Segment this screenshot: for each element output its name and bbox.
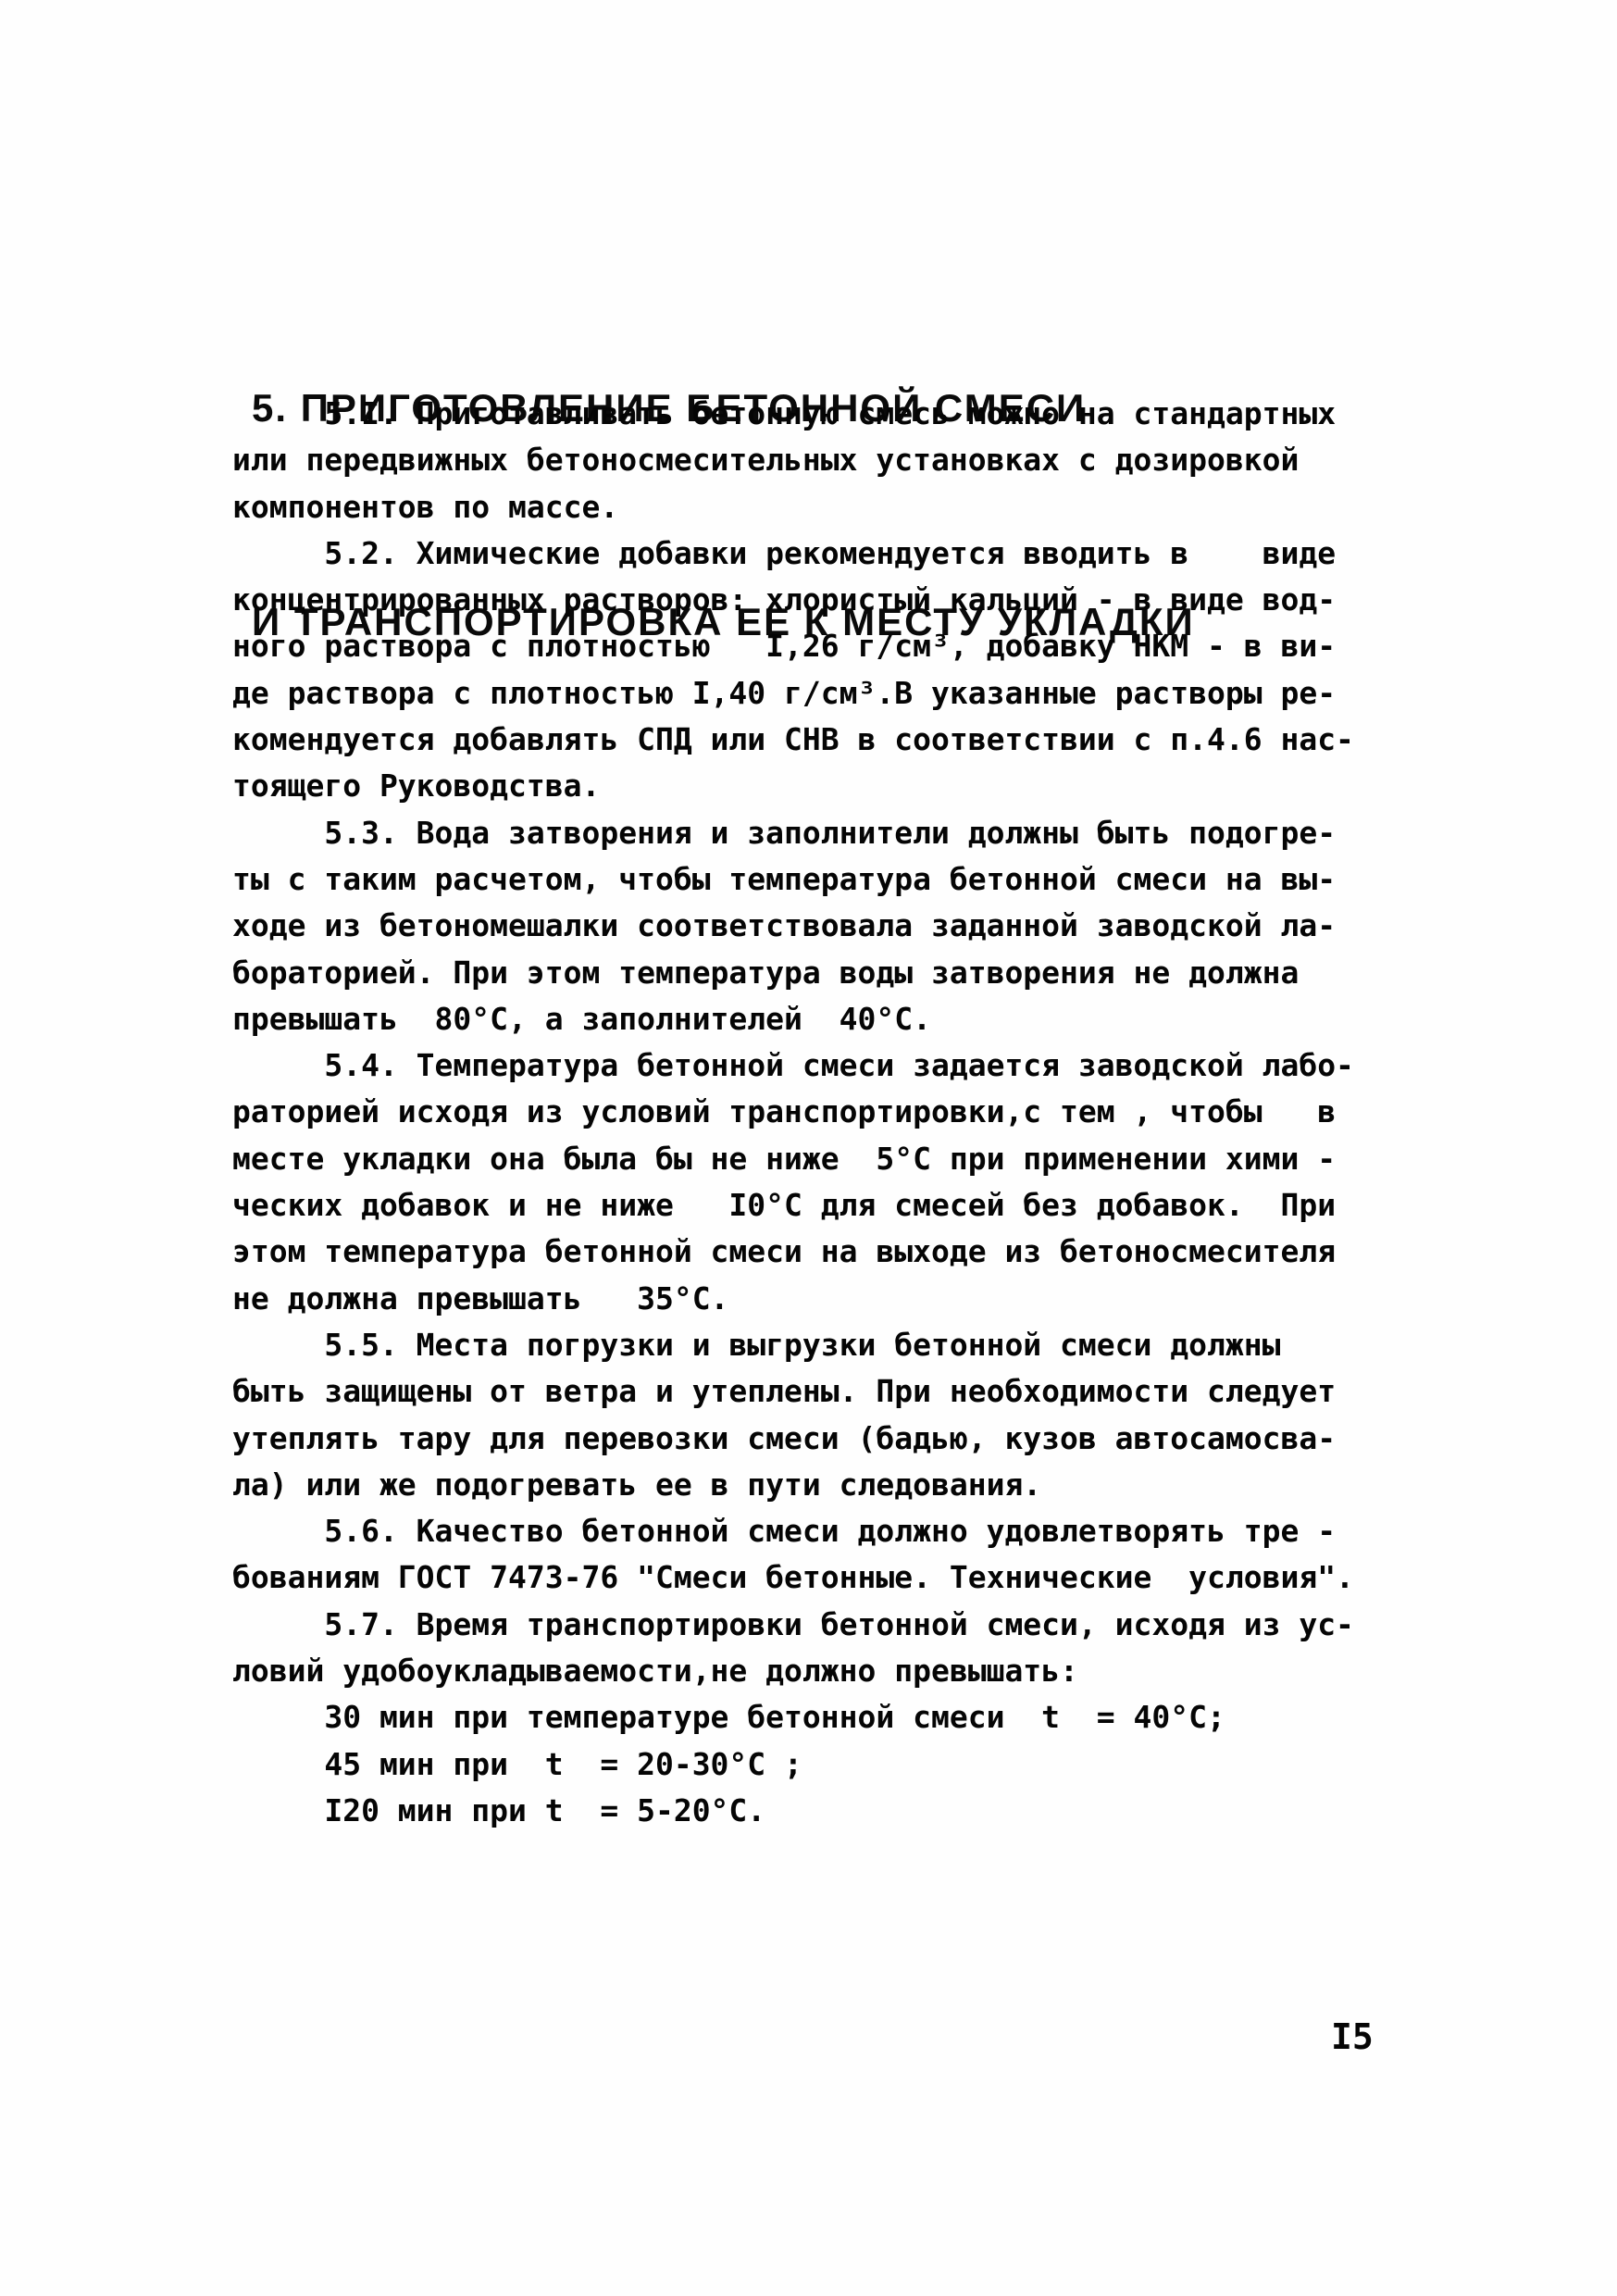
text-line: быть защищены от ветра и утеплены. При н… [232, 1368, 1445, 1415]
text-line: 5.3. Вода затворения и заполнители должн… [232, 810, 1445, 856]
paragraph-5-3: 5.3. Вода затворения и заполнители должн… [232, 810, 1445, 1042]
text-line: 45 мин при t = 20-30°С ; [232, 1741, 1445, 1788]
paragraph-5-2: 5.2. Химические добавки рекомендуется вв… [232, 530, 1445, 810]
text-line: 5.7. Время транспортировки бетонной смес… [232, 1602, 1445, 1648]
text-line: 30 мин при температуре бетонной смеси t … [232, 1694, 1445, 1741]
text-line: раторией исходя из условий транспортиров… [232, 1089, 1445, 1135]
text-line: бованиям ГОСТ 7473-76 "Смеси бетонные. Т… [232, 1554, 1445, 1601]
text-line: ческих добавок и не ниже I0°С для смесей… [232, 1182, 1445, 1229]
text-line: бораторией. При этом температура воды за… [232, 950, 1445, 996]
text-line: концентрированных растворов: хлористый к… [232, 577, 1445, 623]
text-line: ходе из бетономешалки соответствовала за… [232, 903, 1445, 949]
text-line: ловий удобоукладываемости,не должно прев… [232, 1648, 1445, 1694]
text-line: 5.6. Качество бетонной смеси должно удов… [232, 1508, 1445, 1554]
paragraph-5-4: 5.4. Температура бетонной смеси задается… [232, 1042, 1445, 1322]
text-line: утеплять тару для перевозки смеси (бадью… [232, 1416, 1445, 1462]
text-line: превышать 80°С, а заполнителей 40°С. [232, 996, 1445, 1042]
text-line: ла) или же подогревать ее в пути следова… [232, 1462, 1445, 1508]
document-page: 5. ПРИГОТОВЛЕНИЕ БЕТОННОЙ СМЕСИ И ТРАНСП… [0, 0, 1617, 2296]
text-line: ного раствора с плотностью I,26 г/см³, д… [232, 623, 1445, 669]
text-line: тоящего Руководства. [232, 763, 1445, 809]
text-line: I20 мин при t = 5-20°С. [232, 1788, 1445, 1834]
text-line: компонентов по массе. [232, 484, 1445, 530]
text-line: 5.4. Температура бетонной смеси задается… [232, 1042, 1445, 1089]
text-line: ты с таким расчетом, чтобы температура б… [232, 856, 1445, 903]
text-line: или передвижных бетоносмесительных устан… [232, 437, 1445, 483]
text-line: комендуется добавлять СПД или СНВ в соот… [232, 717, 1445, 763]
paragraph-5-5: 5.5. Места погрузки и выгрузки бетонной … [232, 1322, 1445, 1508]
paragraph-5-7: 5.7. Время транспортировки бетонной смес… [232, 1602, 1445, 1834]
document-body: 5.I. Приготавливать бетонную смесь можно… [232, 391, 1445, 1834]
page-number: I5 [1331, 2016, 1374, 2057]
text-line: этом температура бетонной смеси на выход… [232, 1229, 1445, 1275]
paragraph-5-1: 5.I. Приготавливать бетонную смесь можно… [232, 391, 1445, 530]
paragraph-5-6: 5.6. Качество бетонной смеси должно удов… [232, 1508, 1445, 1602]
text-line: де раствора с плотностью I,40 г/см³.В ук… [232, 670, 1445, 717]
text-line: не должна превышать 35°С. [232, 1276, 1445, 1322]
text-line: 5.5. Места погрузки и выгрузки бетонной … [232, 1322, 1445, 1368]
text-line: 5.2. Химические добавки рекомендуется вв… [232, 530, 1445, 577]
text-line: 5.I. Приготавливать бетонную смесь можно… [232, 391, 1445, 437]
text-line: месте укладки она была бы не ниже 5°С пр… [232, 1136, 1445, 1182]
